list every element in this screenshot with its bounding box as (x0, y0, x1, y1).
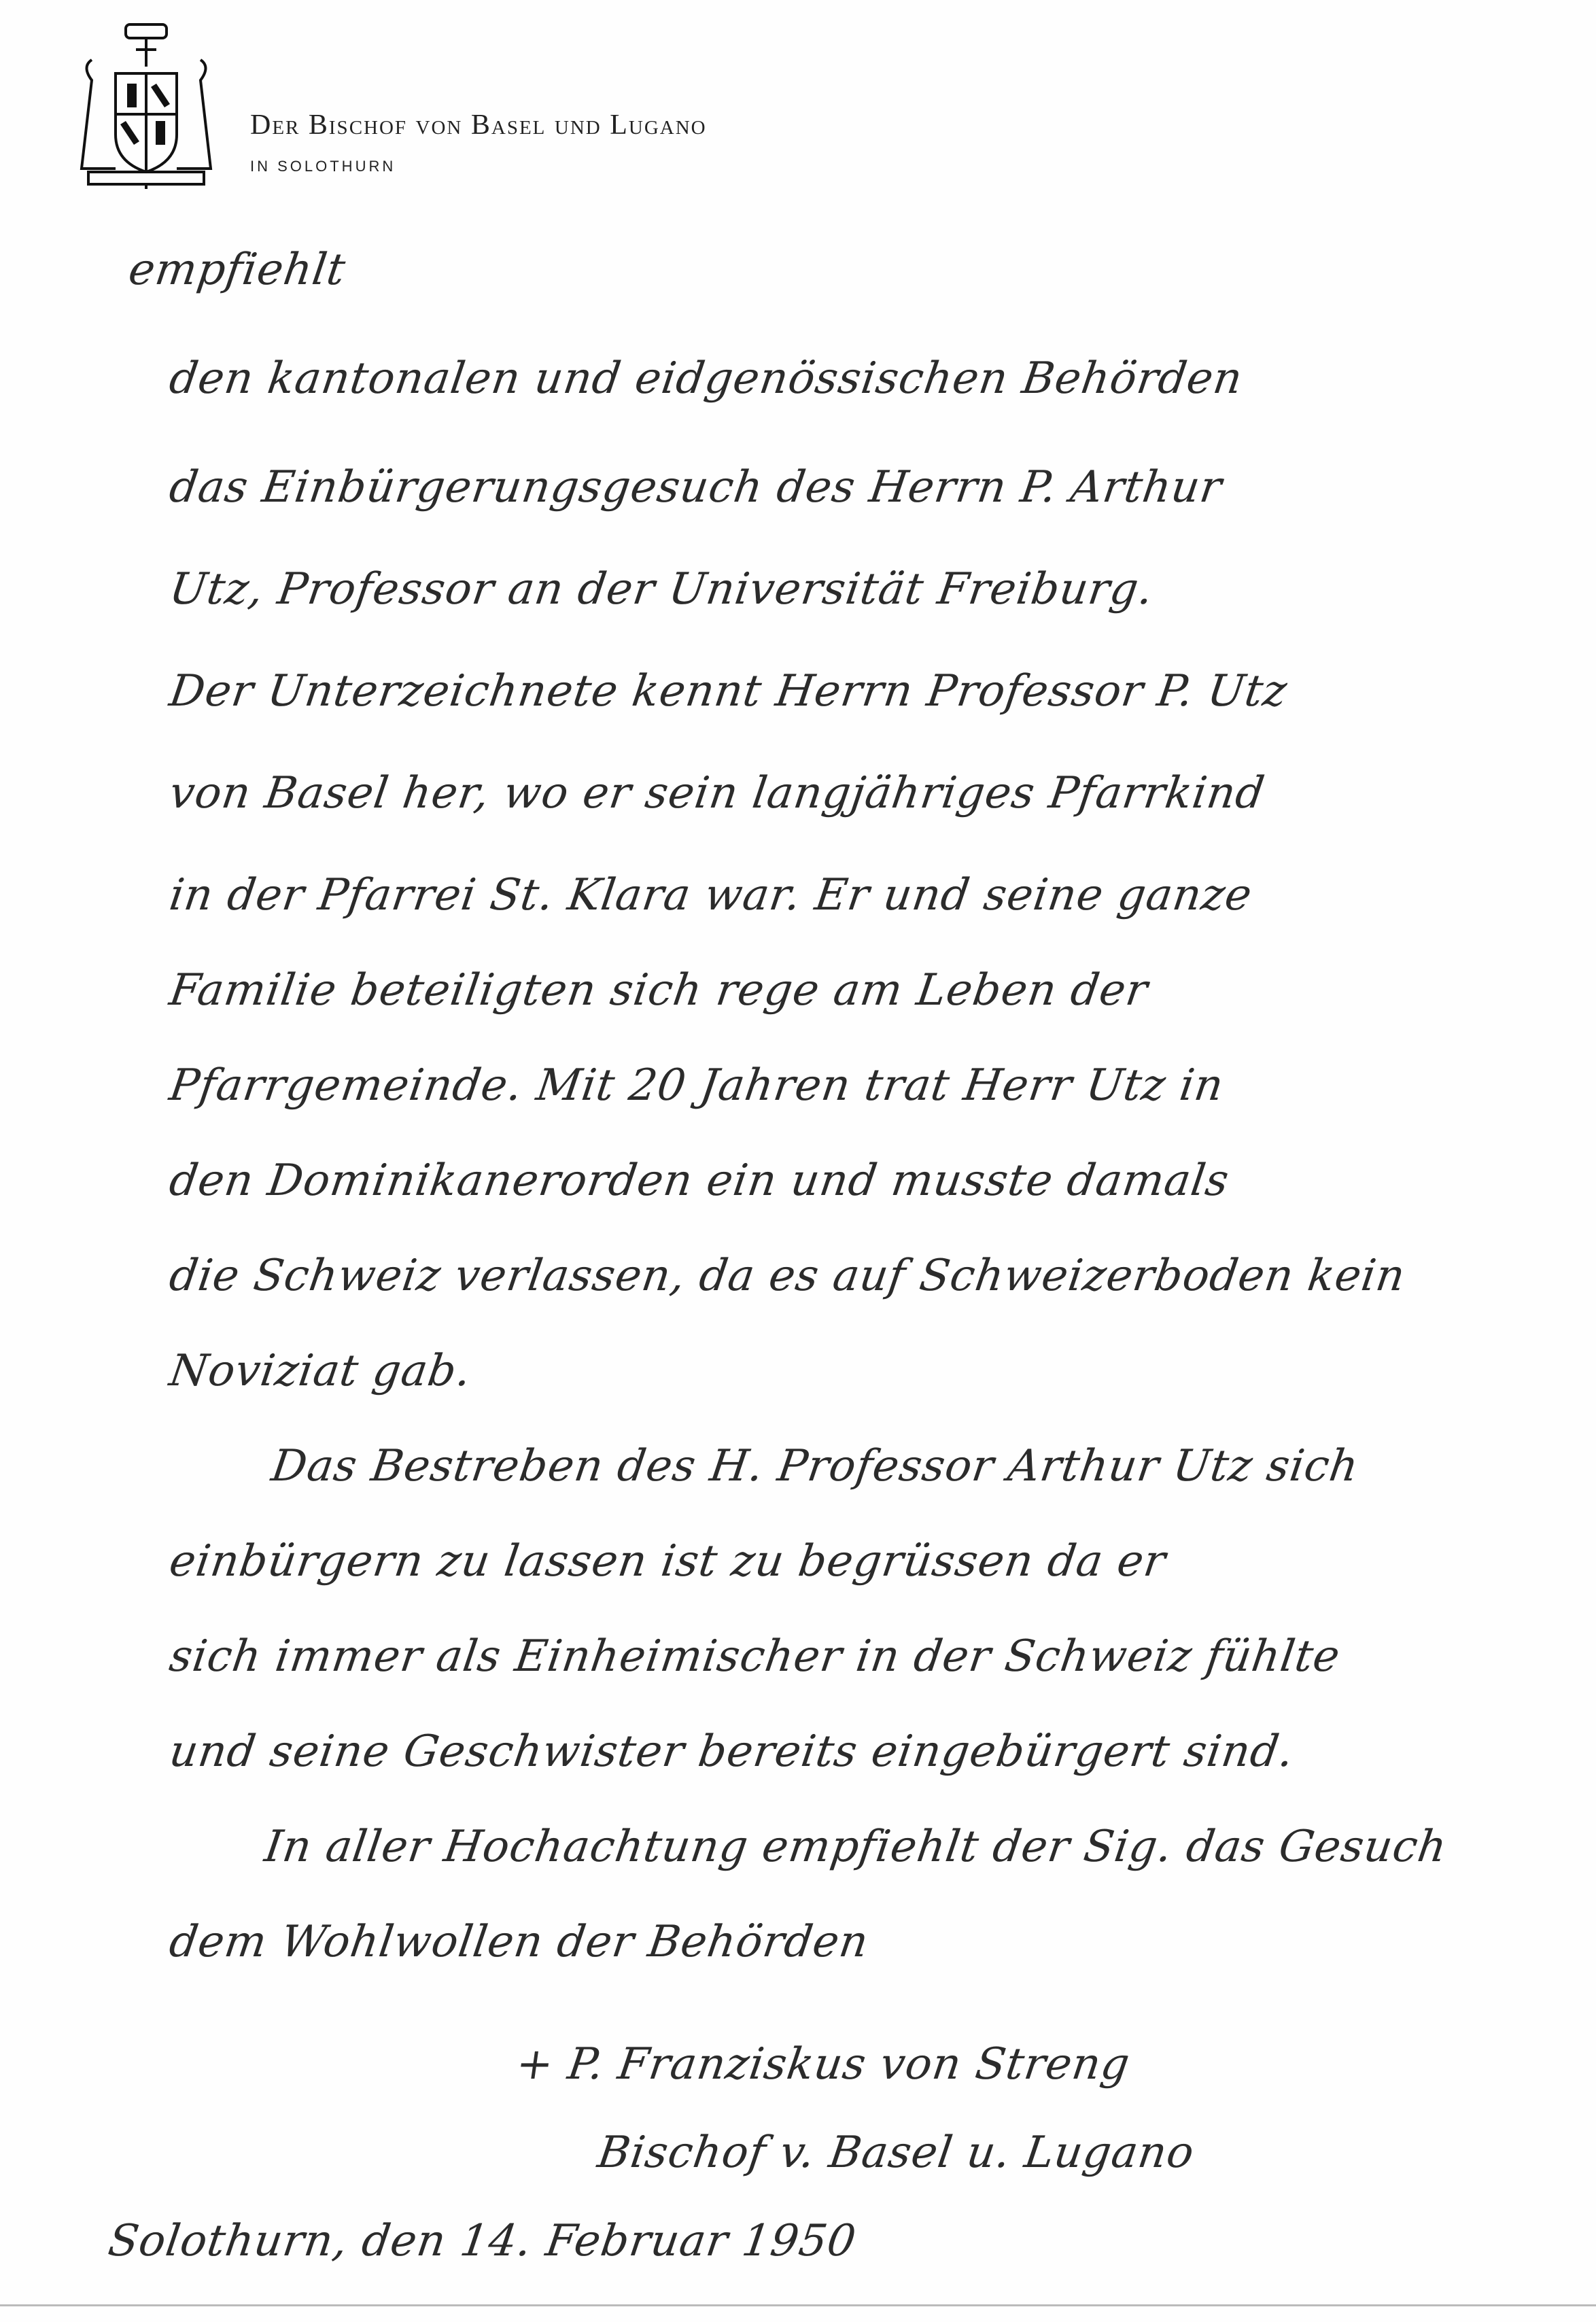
coat-of-arms-icon (78, 19, 214, 189)
letter-line: dem Wohlwollen der Behörden (167, 1917, 872, 1967)
letter-line: den kantonalen und eidgenössischen Behör… (167, 353, 1246, 404)
page-edge-divider (0, 2304, 1596, 2306)
letter-line: von Basel her, wo er sein langjähriges P… (167, 768, 1268, 818)
letter-line: Familie beteiligten sich rege am Leben d… (167, 965, 1151, 1016)
letter-page: Der Bischof von Basel und Lugano IN SOLO… (0, 0, 1596, 2322)
letter-line: Utz, Professor an der Universität Freibu… (167, 564, 1157, 614)
letterhead-subtitle: IN SOLOTHURN (250, 158, 396, 175)
date-line: Solothurn, den 14. Februar 1950 (105, 2216, 859, 2266)
letter-line: das Einbürgerungsgesuch des Herrn P. Art… (167, 462, 1226, 513)
letter-line: und seine Geschwister bereits eingebürge… (167, 1727, 1298, 1777)
letter-line: den Dominikanerorden ein und musste dama… (167, 1156, 1232, 1206)
signature-title: Bischof v. Basel u. Lugano (595, 2128, 1198, 2178)
letter-line: Der Unterzeichnete kennt Herrn Professor… (167, 666, 1291, 716)
signature: + P. Franziskus von Streng (513, 2039, 1133, 2090)
letter-line: Pfarrgemeinde. Mit 20 Jahren trat Herr U… (167, 1060, 1227, 1111)
letter-line: empfiehlt (126, 245, 349, 295)
letter-line: sich immer als Einheimischer in der Schw… (167, 1631, 1344, 1682)
letter-line: Das Bestreben des H. Professor Arthur Ut… (268, 1441, 1362, 1491)
letter-line: die Schweiz verlassen, da es auf Schweiz… (167, 1251, 1408, 1301)
letter-line: In aller Hochachtung empfiehlt der Sig. … (262, 1822, 1451, 1872)
letter-line: einbürgern zu lassen ist zu begrüssen da… (167, 1536, 1169, 1587)
letterhead-title: Der Bischof von Basel und Lugano (250, 109, 707, 141)
letter-line: in der Pfarrei St. Klara war. Er und sei… (167, 870, 1255, 920)
letter-line: Noviziat gab. (167, 1346, 474, 1396)
